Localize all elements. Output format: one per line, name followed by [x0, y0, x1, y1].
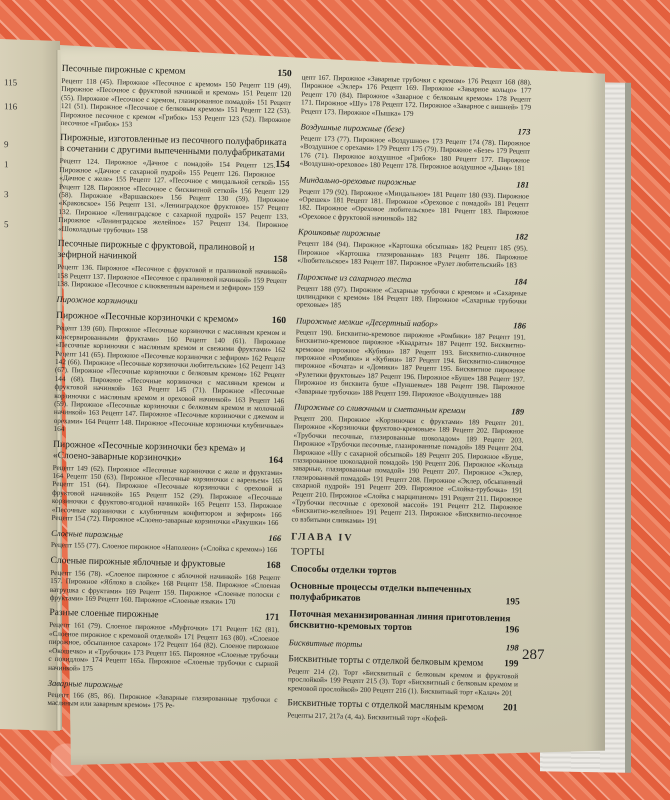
- toc-section: Заварные пирожные Рецепт 166 (85, 86). П…: [47, 678, 278, 713]
- toc-right-column: цепт 167. Пирожное «Заварные трубочки с …: [287, 73, 532, 728]
- page-ref: 184: [514, 276, 527, 287]
- page-ref: 164: [269, 455, 283, 466]
- page-ref: 160: [272, 316, 286, 327]
- table-of-contents: Песочные пирожные с кремом150 Рецепт 118…: [48, 58, 547, 689]
- chapter-entry: Бисквитные торты198: [289, 637, 519, 653]
- page-ref: 196: [505, 625, 519, 636]
- left-page-edge-number: 3: [4, 189, 9, 199]
- recipe-list: Рецепт 188 (97). Пирожное «Сахарные труб…: [296, 284, 527, 314]
- page-ref: 171: [265, 613, 279, 624]
- page-ref: 173: [518, 126, 531, 137]
- toc-left-column: Песочные пирожные с кремом150 Рецепт 118…: [47, 58, 292, 716]
- recipe-list: Рецепт 118 (45). Пирожное «Песочное с кр…: [60, 77, 291, 133]
- page-ref: 195: [505, 597, 519, 608]
- toc-section: Пирожные со сливочным и сметанным кремом…: [291, 401, 524, 528]
- page-ref: 168: [266, 561, 280, 572]
- toc-section: Миндально-ореховые пирожные181 Рецепт 17…: [298, 174, 529, 226]
- toc-section: Слоеные пирожные166 Рецепт 155 (77). Сло…: [51, 528, 281, 555]
- toc-section: Пирожные из сахарного теста184 Рецепт 18…: [296, 271, 527, 314]
- toc-section: Песочные пирожные с кремом150 Рецепт 118…: [60, 64, 291, 133]
- toc-section: Пирожные мелкие «Десертный набор»186 Рец…: [294, 315, 526, 400]
- toc-section: Пирожные, изготовленные из песочного пол…: [58, 133, 290, 238]
- page-ref: 181: [516, 179, 529, 190]
- open-book: 115 116 9 1 3 5 Песочные пирожные с крем…: [0, 10, 640, 770]
- toc-section: Песочные пирожные с фруктовой, пралиново…: [57, 239, 288, 293]
- page-ref: 182: [515, 232, 528, 243]
- toc-section: цепт 167. Пирожное «Заварные трубочки с …: [301, 73, 532, 120]
- page-ref: 201: [503, 703, 517, 714]
- toc-section: Разные слоеные пирожные171 Рецепт 161 (7…: [48, 608, 279, 677]
- recipe-list: Рецепт 156 (78). «Слоеное пирожное с ябл…: [50, 569, 281, 608]
- left-page-edge-number: 9: [4, 139, 9, 149]
- page-ref: 154: [275, 160, 289, 171]
- toc-section: Пирожное «Песочные корзиночки без крема»…: [51, 439, 283, 527]
- toc-section: Пирожное корзиночки: [56, 294, 286, 310]
- chapter-entry: Основные процессы отделки выпеченных пол…: [290, 581, 520, 608]
- left-page-edge-number: 115: [4, 77, 17, 87]
- recipe-list: Рецепт 124. Пирожное «Дачное с помадой» …: [58, 157, 290, 238]
- recipe-list: Рецепт 166 (85, 86). Пирожное «Заварные …: [47, 691, 277, 713]
- recipe-list: Рецепт 200. Пирожное «Корзиночки с фрукт…: [291, 414, 523, 528]
- page-ref: 199: [504, 659, 518, 670]
- chapter-label: ГЛАВА IV: [291, 534, 521, 548]
- section-heading: Пирожное «Песочные корзиночки без крема»…: [53, 439, 283, 466]
- recipe-list: Рецепт 179 (92). Пирожное «Миндальное» 1…: [298, 187, 529, 226]
- page-ref: 166: [268, 533, 281, 544]
- toc-section: Пирожное «Песочные корзиночки с кремом»1…: [53, 311, 286, 438]
- toc-section: Слоеные пирожные яблочные и фруктовые168…: [50, 556, 281, 608]
- recipe-list: Рецепт 190. Бисквитно-кремовое пирожное …: [294, 328, 525, 400]
- section-heading: Пирожное корзиночки: [56, 294, 286, 310]
- toc-section: Крошковые пирожные182 Рецепт 184 (94). П…: [297, 227, 528, 270]
- left-page-edge-number: 1: [4, 159, 9, 169]
- recipe-list: цепт 167. Пирожное «Заварные трубочки с …: [301, 73, 532, 120]
- page-ref: 186: [513, 320, 526, 331]
- recipe-list: Рецепт 184 (94). Пирожное «Картошка обсы…: [297, 240, 528, 270]
- recipe-list: Рецепт 161 (79). Слоеное пирожное «Муфто…: [48, 621, 279, 677]
- left-page-edge-number: 5: [4, 219, 9, 229]
- recipe-list: Рецепт 139 (60). Пирожное «Песочные корз…: [53, 324, 285, 438]
- recipe-list: Рецепт 149 (62). Пирожное «Песочные корз…: [51, 463, 282, 527]
- page-number: 287: [522, 647, 545, 664]
- recipe-list: Рецепт 214 (2). Торт «Бисквитный с белко…: [288, 667, 519, 697]
- chapter-entry: Поточная механизированная линия приготов…: [289, 609, 519, 636]
- recipe-list: Рецепт 136. Пирожное «Песочное с фруктов…: [57, 263, 288, 293]
- page-ref: 198: [506, 642, 519, 653]
- recipe-list: Рецепт 173 (77). Пирожное «Воздушное» 17…: [300, 134, 531, 173]
- left-page-edge-number: 116: [4, 101, 17, 111]
- section-heading: Песочные пирожные с фруктовой, пралиново…: [57, 239, 287, 266]
- chapter-title: ТОРТЫ: [291, 548, 521, 562]
- chapter-entry: Способы отделки тортов: [290, 564, 520, 580]
- page-ref: 189: [511, 406, 524, 417]
- page-ref: 150: [277, 69, 291, 80]
- page-ref: 158: [273, 255, 287, 266]
- toc-section: Воздушные пирожные (безе)173 Рецепт 173 …: [300, 121, 531, 173]
- section-heading: Пирожные, изготовленные из песочного пол…: [60, 133, 290, 160]
